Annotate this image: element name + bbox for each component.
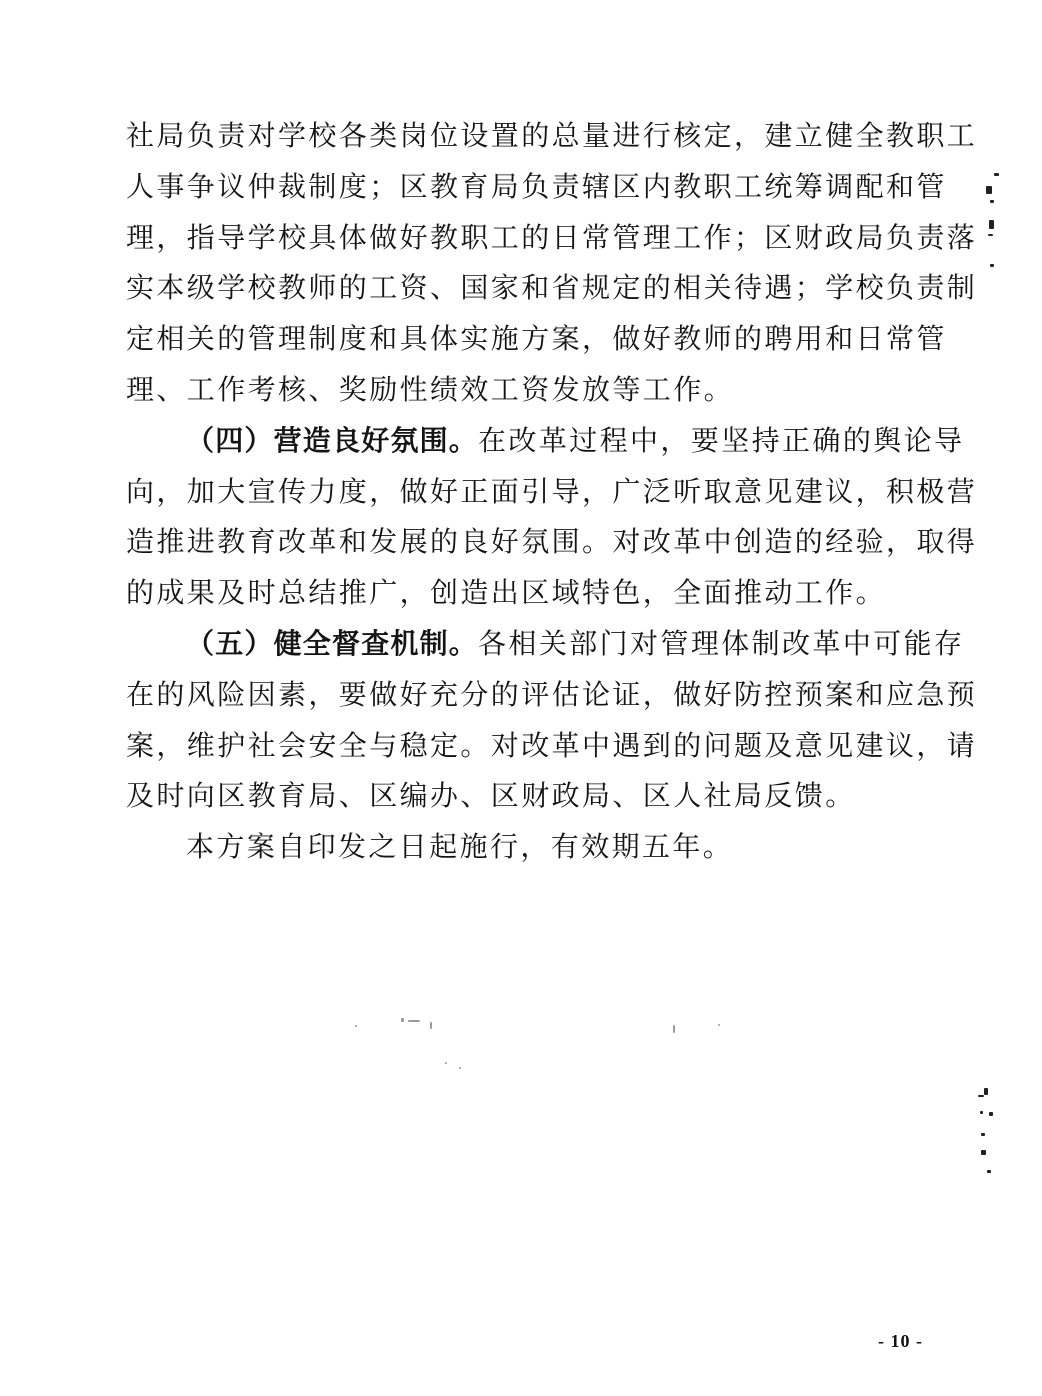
paragraph-continuation: 社局负责对学校各类岗位设置的总量进行核定，建立健全教职工 人事争议仲裁制度；区教… bbox=[126, 111, 922, 416]
text-line: 在的风险因素，要做好充分的评估论证，做好防控预案和应急预 bbox=[126, 670, 922, 721]
text-line: 理，指导学校具体做好教职工的日常管理工作；区财政局负责落 bbox=[126, 213, 922, 264]
text-line: 社局负责对学校各类岗位设置的总量进行核定，建立健全教职工 bbox=[126, 111, 922, 162]
section-first-line: （四）营造良好氛围。在改革过程中，要坚持正确的舆论导 bbox=[126, 416, 922, 467]
closing-paragraph: 本方案自印发之日起施行，有效期五年。 bbox=[126, 822, 922, 873]
text-line: 案，维护社会安全与稳定。对改革中遇到的问题及意见建议，请 bbox=[126, 721, 922, 772]
scan-speck bbox=[980, 1111, 983, 1114]
scan-speck bbox=[718, 1024, 720, 1026]
scan-speck bbox=[981, 1133, 985, 1136]
scan-speck bbox=[984, 1088, 988, 1095]
text-line: 造推进教育改革和发展的良好氛围。对改革中创造的经验，取得 bbox=[126, 517, 922, 568]
text-line: 向，加大宣传力度，做好正面引导，广泛听取意见建议，积极营 bbox=[126, 467, 922, 518]
scan-speck bbox=[989, 220, 994, 229]
scan-speck bbox=[401, 1018, 404, 1022]
section-heading: （四）营造良好氛围。 bbox=[186, 424, 478, 457]
text-line: 实本级学校教师的工资、国家和省规定的相关待遇；学校负责制 bbox=[126, 263, 922, 314]
body-text: 社局负责对学校各类岗位设置的总量进行核定，建立健全教职工 人事争议仲裁制度；区教… bbox=[126, 111, 922, 873]
section-heading: （五）健全督查机制。 bbox=[186, 627, 478, 660]
scan-speck bbox=[989, 1112, 993, 1116]
section-four: （四）营造良好氛围。在改革过程中，要坚持正确的舆论导 向，加大宣传力度，做好正面… bbox=[126, 416, 922, 619]
scan-speck bbox=[994, 173, 999, 176]
scan-speck bbox=[986, 186, 992, 194]
text-line: 理、工作考核、奖励性绩效工资发放等工作。 bbox=[126, 365, 922, 416]
scan-speck bbox=[445, 1062, 447, 1064]
text-line: 本方案自印发之日起施行，有效期五年。 bbox=[126, 822, 922, 873]
text-line: 定相关的管理制度和具体实施方案，做好教师的聘用和日常管 bbox=[126, 314, 922, 365]
scan-speck bbox=[981, 1150, 986, 1155]
scan-speck bbox=[673, 1025, 675, 1033]
scan-speck bbox=[988, 234, 993, 236]
scan-speck bbox=[978, 1095, 984, 1097]
section-text: 在改革过程中，要坚持正确的舆论导 bbox=[478, 424, 964, 457]
text-line: 的成果及时总结推广，创造出区域特色，全面推动工作。 bbox=[126, 568, 922, 619]
section-first-line: （五）健全督查机制。各相关部门对管理体制改革中可能存 bbox=[126, 619, 922, 670]
text-line: 及时向区教育局、区编办、区财政局、区人社局反馈。 bbox=[126, 771, 922, 822]
document-page: 社局负责对学校各类岗位设置的总量进行核定，建立健全教职工 人事争议仲裁制度；区教… bbox=[0, 0, 1042, 1396]
scan-speck bbox=[408, 1020, 420, 1022]
section-five: （五）健全督查机制。各相关部门对管理体制改革中可能存 在的风险因素，要做好充分的… bbox=[126, 619, 922, 822]
scan-speck bbox=[990, 264, 994, 267]
scan-speck bbox=[459, 1067, 461, 1069]
scan-speck bbox=[355, 1025, 357, 1027]
scan-speck bbox=[430, 1022, 432, 1029]
page-number: - 10 - bbox=[878, 1331, 923, 1352]
text-line: 人事争议仲裁制度；区教育局负责辖区内教职工统筹调配和管 bbox=[126, 162, 922, 213]
scan-speck bbox=[990, 200, 994, 203]
scan-speck bbox=[987, 1170, 991, 1173]
section-text: 各相关部门对管理体制改革中可能存 bbox=[478, 627, 964, 660]
